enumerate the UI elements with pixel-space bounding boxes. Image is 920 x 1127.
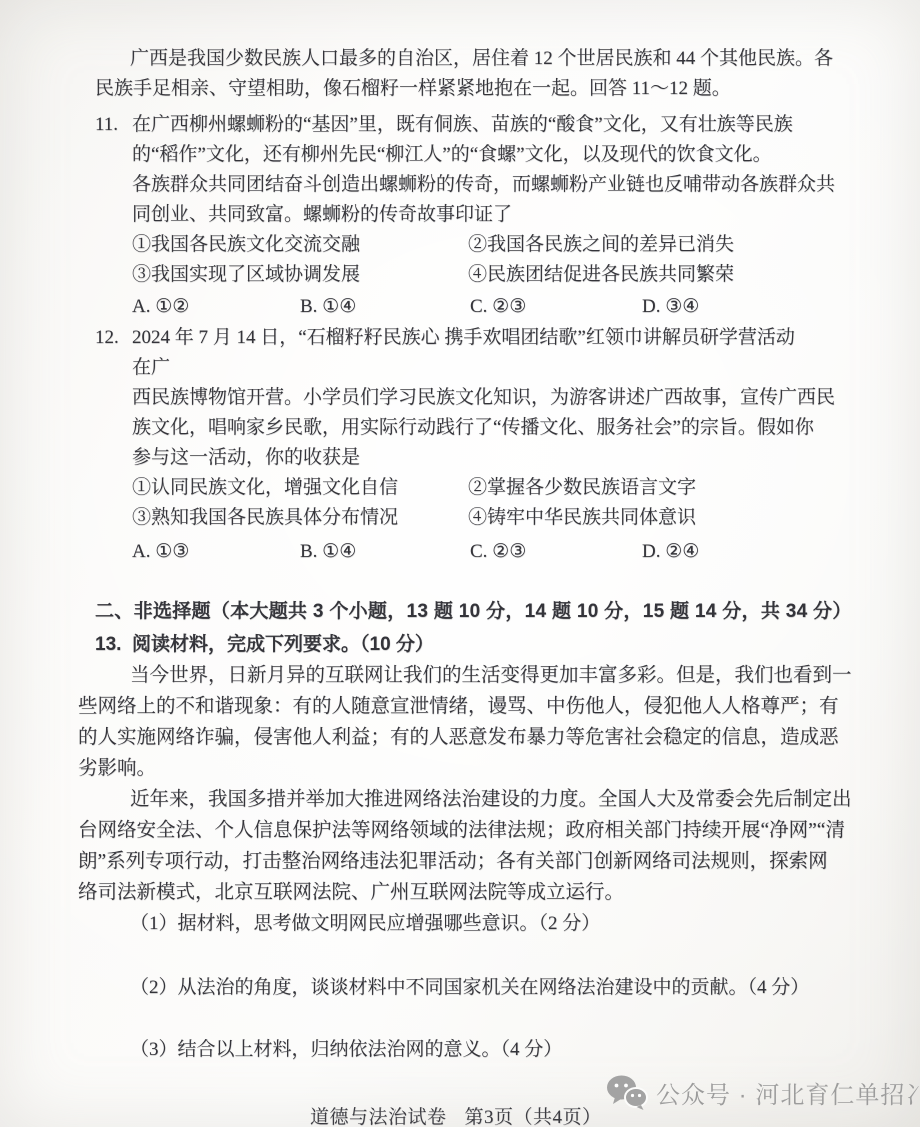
stem-line: 族文化，唱响家乡民歌，用实际行动践行了“传播文化、服务社会”的宗旨。假如你: [95, 413, 807, 443]
option-item: ③熟知我国各民族具体分布情况: [132, 503, 468, 533]
section-heading: 二、非选择题（本大题共 3 个小题，13 题 10 分，14 题 10 分，15…: [95, 597, 807, 627]
watermark: 公众号 · 河北育仁单招 冫: [606, 1074, 919, 1110]
question-number: 12.: [95, 323, 132, 383]
answer-choice: D. ②④: [642, 537, 699, 567]
page-footer: 道德与法治试卷第3页（共4页）: [310, 1102, 602, 1127]
answer-choice: A. ①③: [132, 537, 300, 567]
stem-line: 的“稻作”文化，还有柳州先民“柳江人”的“食螺”文化，以及现代的饮食文化。: [95, 140, 807, 170]
footer-page-info: 第3页（共4页）: [465, 1107, 602, 1127]
stem-line: 参与这一活动，你的收获是: [95, 443, 807, 473]
material-line: 朗”系列专项行动，打击整治网络违法犯罪活动；各有关部门创新网络司法规则，探索网: [78, 846, 807, 877]
answer-choice: B. ①④: [300, 292, 470, 322]
option-item: ②掌握各少数民族语言文字: [468, 477, 696, 498]
answer-choice: D. ③④: [642, 292, 699, 322]
material-line: 当今世界，日新月异的互联网让我们的生活变得更加丰富多彩。但是，我们也看到一: [78, 660, 807, 691]
option-item: ①认同民族文化，增强文化自信: [132, 473, 468, 503]
question-number: 11.: [95, 110, 132, 140]
footer-doc-title: 道德与法治试卷: [310, 1107, 447, 1127]
material-line: 络司法新模式，北京互联网法院、广州互联网法院等成立运行。: [78, 877, 807, 908]
stem-line: 同创业、共同致富。螺蛳粉的传奇故事印证了: [95, 200, 807, 230]
answer-choice: C. ②③: [470, 292, 642, 322]
question-title: 阅读材料，完成下列要求。（10 分）: [132, 630, 434, 660]
answer-choice: A. ①②: [132, 292, 300, 322]
option-item: ③我国实现了区域协调发展: [132, 260, 468, 290]
exam-content: 广西是我国少数民族人口最多的自治区，居住着 12 个世居民族和 44 个其他民族…: [95, 44, 807, 1065]
answer-choice: B. ①④: [300, 537, 470, 567]
material-line: 近年来，我国多措并举加大推进网络法治建设的力度。全国人大及常委会先后制定出: [78, 784, 807, 815]
stem-line: 西民族博物馆开营。小学员们学习民族文化知识，为游客讲述广西故事，宣传广西民: [95, 383, 807, 413]
watermark-partial-char: 冫: [905, 1075, 919, 1110]
material-line: 台网络安全法、个人信息保护法等网络领域的法律法规；政府相关部门持续开展“净网”“…: [78, 815, 807, 846]
sub-question-2: （2）从法治的角度，谈谈材料中不同国家机关在网络法治建设中的贡献。（4 分）: [95, 972, 807, 1003]
question-12: 12. 2024 年 7 月 14 日，“石榴籽籽民族心 携手欢唱团结歌”红领巾…: [95, 323, 807, 567]
material-line: 的人实施网络诈骗，侵害他人利益；有的人恶意发布暴力等危害社会稳定的信息，造成恶: [78, 722, 807, 753]
wechat-icon: [606, 1074, 648, 1110]
answer-choice: C. ②③: [470, 537, 642, 567]
option-item: ①我国各民族文化交流交融: [132, 230, 468, 260]
material-line: 些网络上的不和谐现象：有的人随意宣泄情绪，谩骂、中伤他人，侵犯他人人格尊严；有: [78, 691, 807, 722]
option-item: ④铸牢中华民族共同体意识: [468, 507, 696, 528]
option-item: ④民族团结促进各民族共同繁荣: [468, 264, 734, 285]
question-number: 13.: [95, 630, 132, 660]
question-13-material: 当今世界，日新月异的互联网让我们的生活变得更加丰富多彩。但是，我们也看到一 些网…: [95, 660, 807, 908]
question-13-title-row: 13. 阅读材料，完成下列要求。（10 分）: [95, 630, 807, 660]
stem-line: 在广西柳州螺蛳粉的“基因”里，既有侗族、苗族的“酸食”文化，又有壮族等民族: [132, 110, 793, 140]
sub-question-3: （3）结合以上材料，归纳依法治网的意义。（4 分）: [95, 1034, 807, 1065]
stem-line: 2024 年 7 月 14 日，“石榴籽籽民族心 携手欢唱团结歌”红领巾讲解员研…: [132, 323, 807, 383]
intro-line: 民族手足相亲、守望相助，像石榴籽一样紧紧地抱在一起。回答 11～12 题。: [95, 74, 807, 104]
watermark-text: 公众号 · 河北育仁单招: [656, 1075, 905, 1110]
exam-page-scan: 广西是我国少数民族人口最多的自治区，居住着 12 个世居民族和 44 个其他民族…: [0, 0, 920, 1127]
question-11: 11. 在广西柳州螺蛳粉的“基因”里，既有侗族、苗族的“酸食”文化，又有壮族等民…: [95, 110, 807, 322]
stem-line: 各族群众共同团结奋斗创造出螺蛳粉的传奇，而螺蛳粉产业链也反哺带动各族群众共: [95, 170, 807, 200]
option-item: ②我国各民族之间的差异已消失: [468, 234, 734, 255]
sub-question-1: （1）据材料，思考做文明网民应增强哪些意识。（2 分）: [95, 908, 807, 939]
intro-line: 广西是我国少数民族人口最多的自治区，居住着 12 个世居民族和 44 个其他民族…: [95, 44, 807, 74]
material-line: 劣影响。: [78, 753, 807, 784]
